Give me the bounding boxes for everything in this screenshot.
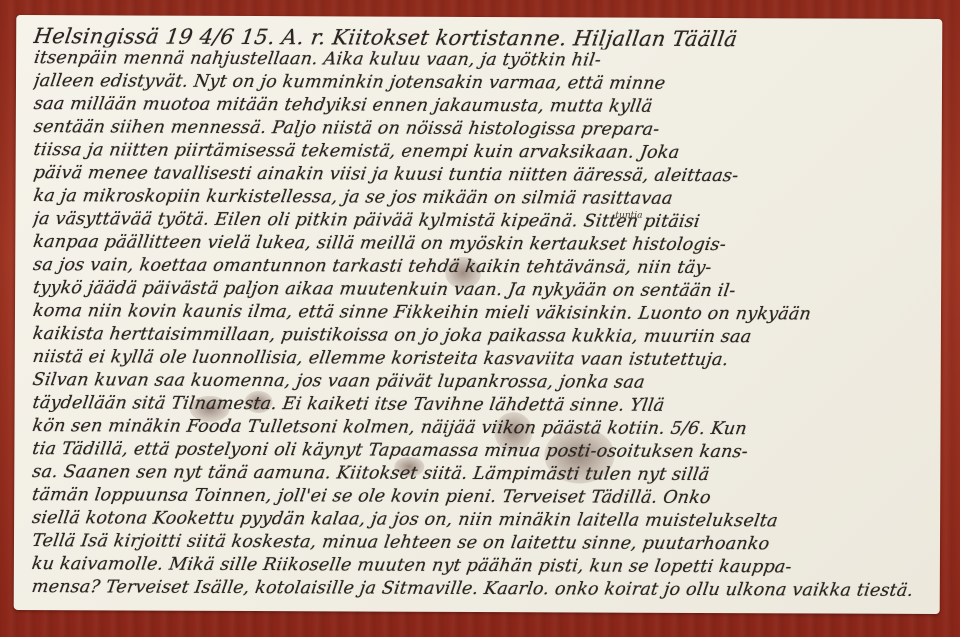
handwritten-text: Helsingissä 19 4/6 15. A. r. Kiitokset k…: [32, 21, 933, 603]
text-line: Helsingissä 19 4/6 15. A. r. Kiitokset k…: [32, 21, 934, 51]
postcard: tuntia Helsingissä 19 4/6 15. A. r. Kiit…: [14, 15, 943, 614]
text-line: mensa? Terveiset Isälle, kotolaisille ja…: [30, 576, 931, 603]
